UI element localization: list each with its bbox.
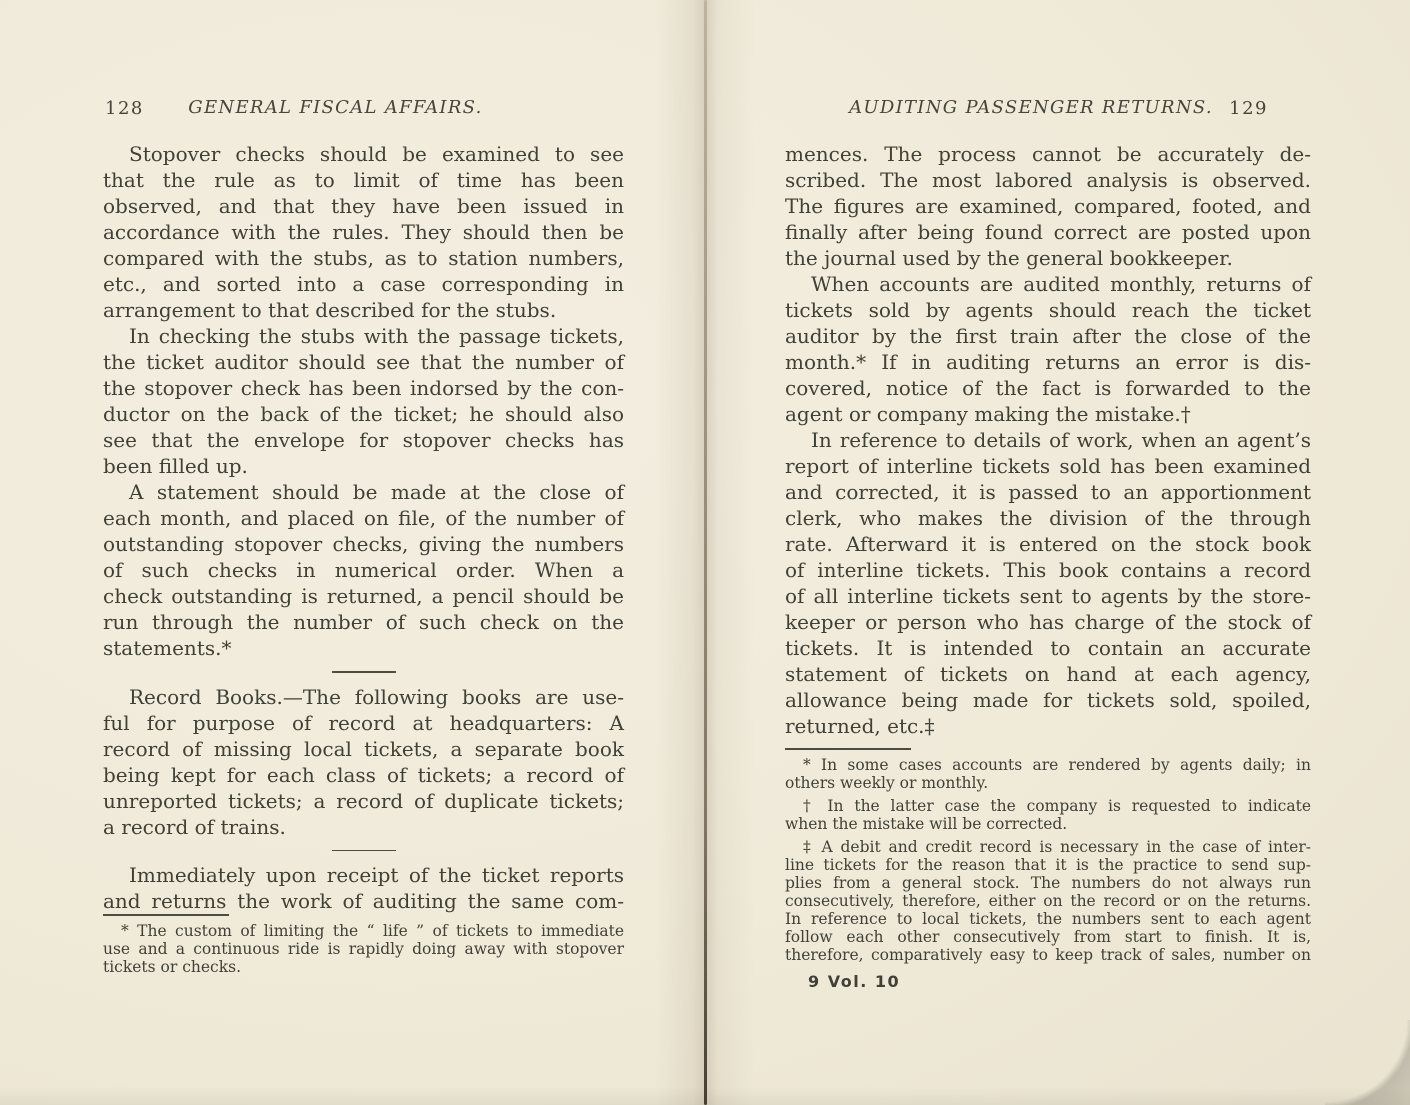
text-line: etc., and sorted into a case correspondi… [103,271,624,297]
paragraph: When accounts are audited monthly, retur… [785,271,1311,427]
text-line: scribed. The most labored analysis is ob… [785,167,1311,193]
text-line: and corrected, it is passed to an apport… [785,479,1311,505]
text-line: and returns the work of auditing the sam… [103,888,624,914]
text-line: observed, and that they have been issued… [103,193,624,219]
text-line: therefore, comparatively easy to keep tr… [785,946,1311,964]
paragraph: mences. The process cannot be accurately… [785,141,1311,271]
signature-mark: 9 Vol. 10 [808,972,900,991]
text-line: been filled up. [103,453,624,479]
text-line: returned, etc.‡ [785,713,1311,739]
text-line: arrangement to that described for the st… [103,297,624,323]
text-line: finally after being found correct are po… [785,219,1311,245]
footnote-separator-rule [103,914,229,916]
text-line: others weekly or monthly. [785,774,1311,792]
paragraph: Record Books.—The following books are us… [103,684,624,840]
text-line: ductor on the back of the ticket; he sho… [103,401,624,427]
paragraph: In checking the stubs with the passage t… [103,323,624,479]
book-gutter-shadow [655,0,755,1105]
text-line: outstanding stopover checks, giving the … [103,531,624,557]
page-bottom-shade [0,1087,1410,1105]
running-header: AUDITING PASSENGER RETURNS. [849,97,1213,118]
text-line: see that the envelope for stopover check… [103,427,624,453]
text-line: month.* If in auditing returns an error … [785,349,1311,375]
text-line: follow each other consecutively from sta… [785,928,1311,946]
text-line: mences. The process cannot be accurately… [785,141,1311,167]
text-line: of interline tickets. This book contains… [785,557,1311,583]
text-line: check outstanding is returned, a pencil … [103,583,624,609]
page-number: 129 [1229,98,1268,119]
text-line: use and a continuous ride is rapidly doi… [103,940,624,958]
text-line: consecutively, therefore, either on the … [785,892,1311,910]
text-line: each month, and placed on file, of the n… [103,505,624,531]
paragraph: Immediately upon receipt of the ticket r… [103,862,624,914]
paragraph: In reference to details of work, when an… [785,427,1311,739]
text-line: accordance with the rules. They should t… [103,219,624,245]
text-line: agent or company making the mistake.† [785,401,1311,427]
text-line: being kept for each class of tickets; a … [103,762,624,788]
footnote: * In some cases accounts are rendered by… [785,756,1311,792]
text-line: ‡ A debit and credit record is necessary… [785,838,1311,856]
text-line: run through the number of such check on … [103,609,624,635]
text-line: a record of trains. [103,814,624,840]
text-line: When accounts are audited monthly, retur… [785,271,1311,297]
text-line: rate. Afterward it is entered on the sto… [785,531,1311,557]
page-corner-shade [1325,1020,1410,1105]
running-header: GENERAL FISCAL AFFAIRS. [188,97,482,118]
text-line: the ticket auditor should see that the n… [103,349,624,375]
footnote: * The custom of limiting the “ life ” of… [103,922,624,976]
page-body: mences. The process cannot be accurately… [785,141,1311,969]
text-line: plies from a general stock. The numbers … [785,874,1311,892]
text-line: report of interline tickets sold has bee… [785,453,1311,479]
text-line: that the rule as to limit of time has be… [103,167,624,193]
text-line: compared with the stubs, as to station n… [103,245,624,271]
text-line: statement of tickets on hand at each age… [785,661,1311,687]
text-line: Record Books.—The following books are us… [103,684,624,710]
text-line: record of missing local tickets, a separ… [103,736,624,762]
text-line: Immediately upon receipt of the ticket r… [103,862,624,888]
book-spread: 128 GENERAL FISCAL AFFAIRS. Stopover che… [0,0,1410,1105]
text-line: auditor by the first train after the clo… [785,323,1311,349]
text-line: Stopover checks should be examined to se… [103,141,624,167]
text-line: unreported tickets; a record of duplicat… [103,788,624,814]
text-line: of such checks in numerical order. When … [103,557,624,583]
text-line: * In some cases accounts are rendered by… [785,756,1311,774]
text-line: In reference to details of work, when an… [785,427,1311,453]
text-line: A statement should be made at the close … [103,479,624,505]
text-line: The figures are examined, compared, foot… [785,193,1311,219]
footnote: ‡ A debit and credit record is necessary… [785,838,1311,964]
section-divider-rule [332,671,396,673]
text-line: * The custom of limiting the “ life ” of… [103,922,624,940]
text-line: the journal used by the general bookkeep… [785,245,1311,271]
text-line: the stopover check has been indorsed by … [103,375,624,401]
text-line: covered, notice of the fact is forwarded… [785,375,1311,401]
section-divider-rule [332,850,396,852]
text-line: tickets sold by agents should reach the … [785,297,1311,323]
text-line: In reference to local tickets, the numbe… [785,910,1311,928]
paragraph: A statement should be made at the close … [103,479,624,661]
text-line: ful for purpose of record at headquarter… [103,710,624,736]
text-line: † In the latter case the company is requ… [785,797,1311,815]
paragraph: Stopover checks should be examined to se… [103,141,624,323]
page-header: AUDITING PASSENGER RETURNS. 129 [785,97,1311,123]
text-line: of all interline tickets sent to agents … [785,583,1311,609]
text-line: when the mistake will be corrected. [785,815,1311,833]
text-line: statements.* [103,635,624,661]
footnote: † In the latter case the company is requ… [785,797,1311,833]
text-line: line tickets for the reason that it is t… [785,856,1311,874]
text-line: In checking the stubs with the passage t… [103,323,624,349]
page-body: Stopover checks should be examined to se… [103,141,624,981]
text-line: allowance being made for tickets sold, s… [785,687,1311,713]
text-line: clerk, who makes the division of the thr… [785,505,1311,531]
footnote-separator-rule [785,748,911,750]
text-line: tickets. It is intended to contain an ac… [785,635,1311,661]
text-line: keeper or person who has charge of the s… [785,609,1311,635]
page-header: 128 GENERAL FISCAL AFFAIRS. [103,97,624,123]
text-line: tickets or checks. [103,958,624,976]
page-number: 128 [105,98,144,119]
